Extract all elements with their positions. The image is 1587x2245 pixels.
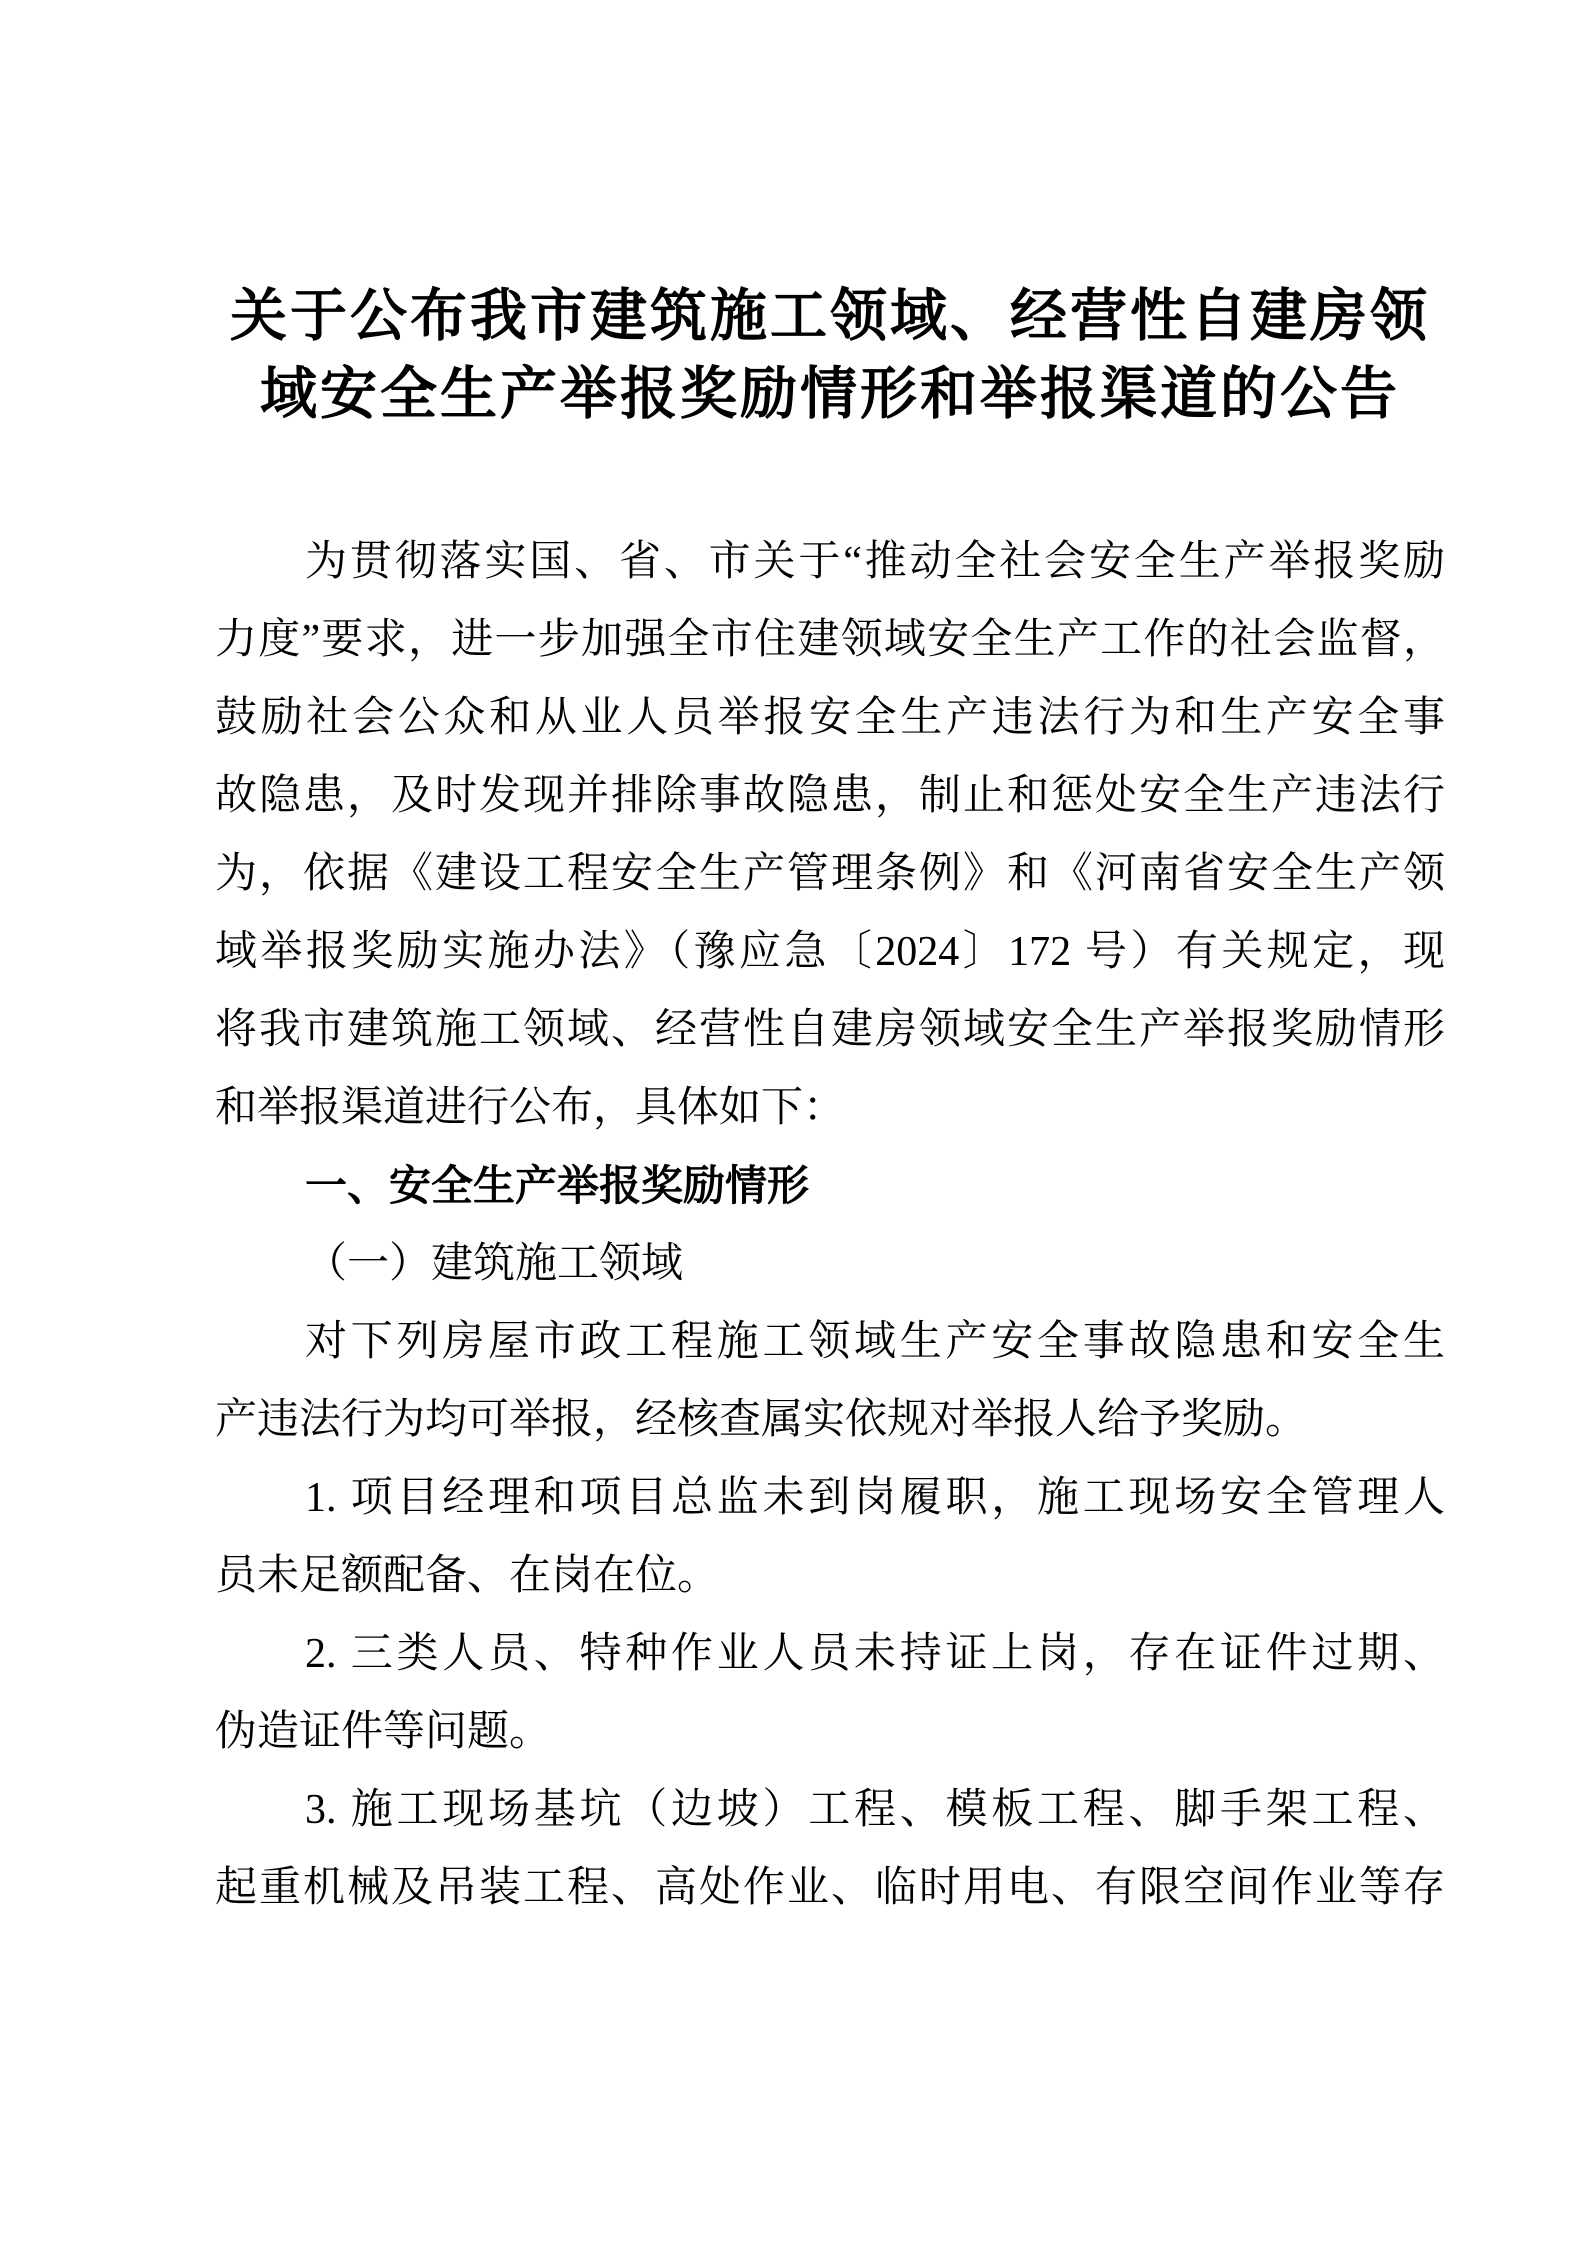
intro-line-4: 故隐患，及时发现并排除事故隐患，制止和惩处安全生产违法行: [215, 757, 1445, 835]
intro-line-1: 为贯彻落实国、省、市关于“推动全社会安全生产举报奖励: [215, 523, 1445, 601]
section-heading: 一、安全生产举报奖励情形: [215, 1147, 1445, 1225]
list-item-3-line-1: 3. 施工现场基坑（边坡）工程、模板工程、脚手架工程、: [215, 1771, 1445, 1849]
intro-line-6: 域举报奖励实施办法》（豫应急〔2024〕172 号）有关规定，现: [215, 913, 1445, 991]
section-subheading: （一）建筑施工领域: [215, 1225, 1445, 1303]
list-item-1-line-1: 1. 项目经理和项目总监未到岗履职，施工现场安全管理人: [215, 1459, 1445, 1537]
intro-line-8: 和举报渠道进行公布，具体如下：: [215, 1069, 1445, 1147]
list-item-2-line-1: 2. 三类人员、特种作业人员未持证上岗，存在证件过期、: [215, 1615, 1445, 1693]
list-item-2-line-2: 伪造证件等问题。: [215, 1693, 1445, 1771]
scope-line-1: 对下列房屋市政工程施工领域生产安全事故隐患和安全生: [215, 1303, 1445, 1381]
intro-line-3: 鼓励社会公众和从业人员举报安全生产违法行为和生产安全事: [215, 679, 1445, 757]
document-title: 关于公布我市建筑施工领域、经营性自建房领 域安全生产举报奖励情形和举报渠道的公告: [215, 278, 1445, 434]
intro-line-2: 力度”要求，进一步加强全市住建领域安全生产工作的社会监督，: [215, 601, 1445, 679]
document-content: 关于公布我市建筑施工领域、经营性自建房领 域安全生产举报奖励情形和举报渠道的公告…: [0, 0, 1587, 2245]
intro-line-5: 为，依据《建设工程安全生产管理条例》和《河南省安全生产领: [215, 835, 1445, 913]
scope-line-2: 产违法行为均可举报，经核查属实依规对举报人给予奖励。: [215, 1381, 1445, 1459]
document-page: 关于公布我市建筑施工领域、经营性自建房领 域安全生产举报奖励情形和举报渠道的公告…: [0, 0, 1587, 2245]
title-line-2: 域安全生产举报奖励情形和举报渠道的公告: [215, 356, 1445, 434]
intro-line-7: 将我市建筑施工领域、经营性自建房领域安全生产举报奖励情形: [215, 991, 1445, 1069]
title-line-1: 关于公布我市建筑施工领域、经营性自建房领: [215, 278, 1445, 356]
list-item-1-line-2: 员未足额配备、在岗在位。: [215, 1537, 1445, 1615]
list-item-3-line-2: 起重机械及吊装工程、高处作业、临时用电、有限空间作业等存: [215, 1849, 1445, 1927]
